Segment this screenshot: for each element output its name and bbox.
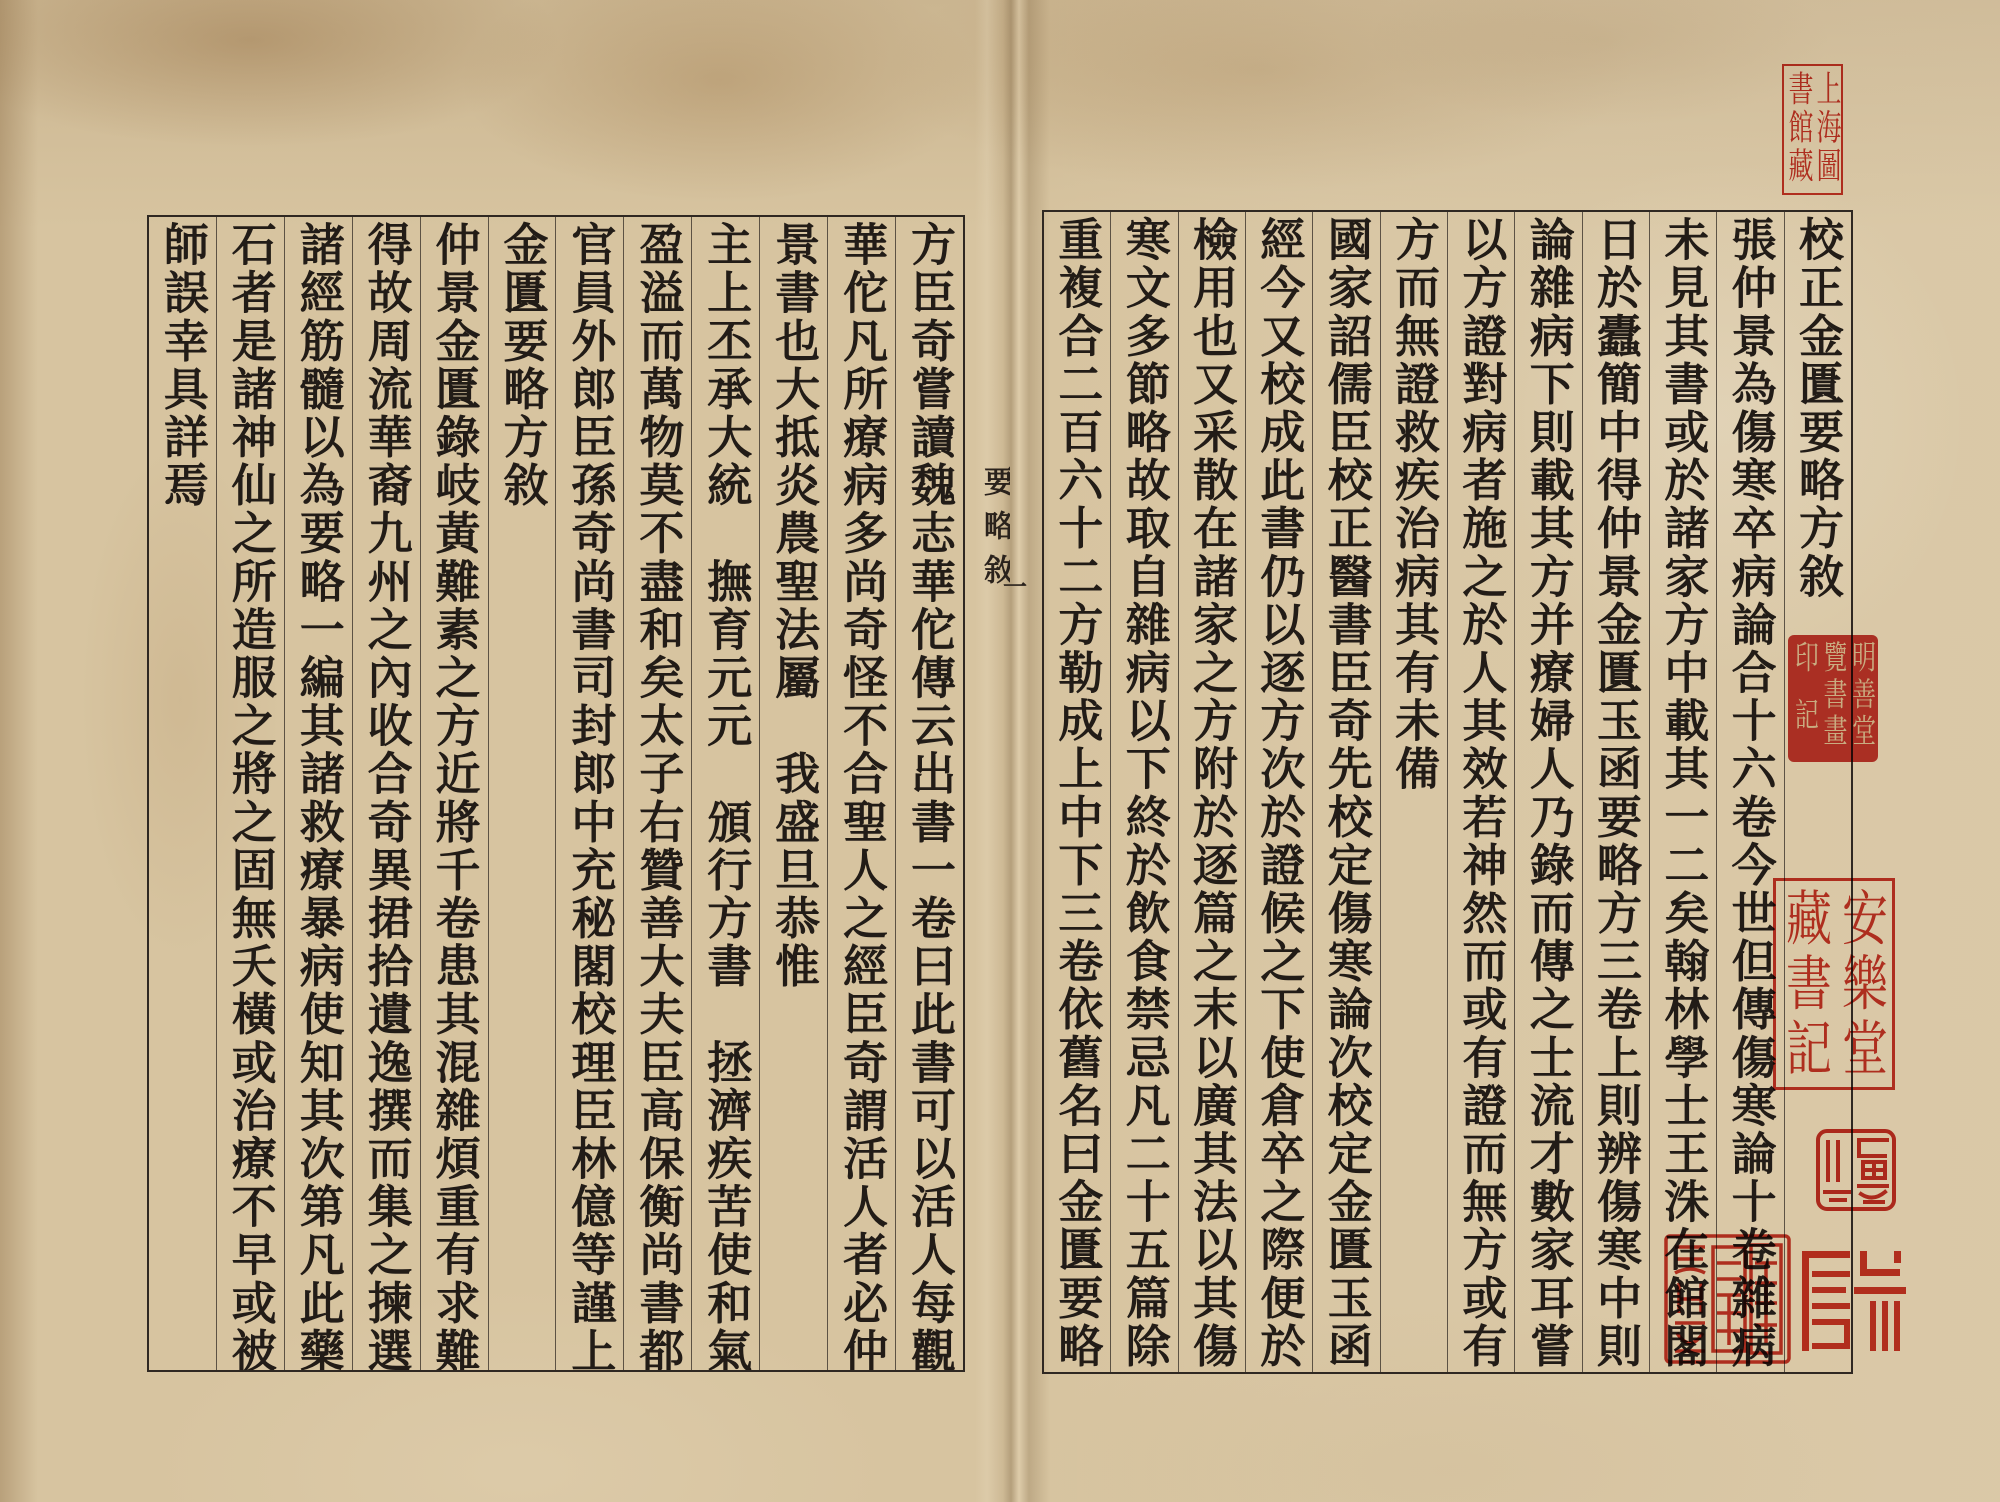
right-page-columns: 校正金匱要略方敘 張仲景為傷寒卒病論合十六卷今世但傳傷寒論十卷雜病 未見其書或於…: [1044, 212, 1851, 1372]
left-page-frame: 方臣奇嘗讀魏志華佗傳云出書一卷曰此書可以活人每觀 華佗凡所療病多尚奇怪不合聖人之…: [147, 215, 965, 1372]
right-page-column-5: 論雜病下則載其方并療婦人乃錄而傳之士流才數家耳嘗: [1514, 212, 1581, 1372]
left-page-column-9: 得故周流華裔九州之內收合奇異捃拾遺逸撰而集之揀選: [352, 217, 420, 1370]
right-page-column-9: 經今又校成此書仍以逐方次於證候之下使倉卒之際便於: [1245, 212, 1312, 1372]
seal-glyph-icon: [1798, 1245, 1908, 1357]
seal-text-column: 安樂堂: [1834, 887, 1890, 1139]
seal-text-column: 覽書畫: [1819, 640, 1847, 799]
bold-two-character-seal-icon: [1798, 1245, 1908, 1357]
left-page-subheading: 金匱要略方敘: [488, 217, 556, 1370]
left-page-column-11: 石者是諸神仙之所造服之將之固無夭橫或治療不早或被: [216, 217, 284, 1370]
right-page-column-10: 檢用也又采散在諸家之方附於逐篇之末以廣其法以其傷: [1178, 212, 1245, 1372]
small-square-seal-icon: [1815, 1128, 1897, 1212]
left-page-column-6: 官員外郎臣孫奇尚書司封郎中充秘閣校理臣林億等謹上: [555, 217, 623, 1370]
right-page-column-3: 未見其書或於諸家方中載其一二矣翰林學士王洙在館閣: [1649, 212, 1716, 1372]
left-page-column-1: 方臣奇嘗讀魏志華佗傳云出書一卷曰此書可以活人每觀: [895, 217, 963, 1370]
left-page-columns: 方臣奇嘗讀魏志華佗傳云出書一卷曰此書可以活人每觀 華佗凡所療病多尚奇怪不合聖人之…: [149, 217, 963, 1370]
seal-glyph-icon: [1815, 1128, 1897, 1212]
right-page-column-4: 日於蠹簡中得仲景金匱玉函要略方三卷上則辨傷寒中則: [1582, 212, 1649, 1372]
collector-seal-outline: 安樂堂 藏書記: [1773, 878, 1895, 1090]
seal-text-column: 書館藏: [1785, 70, 1813, 239]
right-page-frame: 校正金匱要略方敘 張仲景為傷寒卒病論合十六卷今世但傳傷寒論十卷雜病 未見其書或於…: [1042, 210, 1853, 1374]
book-spread-scan: 方臣奇嘗讀魏志華佗傳云出書一卷曰此書可以活人每觀 華佗凡所療病多尚奇怪不合聖人之…: [0, 0, 2000, 1502]
left-page-column-2: 華佗凡所療病多尚奇怪不合聖人之經臣奇謂活人者必仲: [827, 217, 895, 1370]
seal-text-column: 印記: [1790, 640, 1818, 799]
collector-seal-filled: 明善堂 覽書畫 印記: [1788, 635, 1878, 762]
left-page-column-3: 景書也大抵炎農聖法屬 我盛旦恭惟: [759, 217, 827, 1370]
right-page-column-2: 張仲景為傷寒卒病論合十六卷今世但傳傷寒論十卷雜病: [1716, 212, 1783, 1372]
seal-text-column: 明善堂: [1848, 640, 1876, 799]
left-page-column-5: 盈溢而萬物莫不盡和矣太子右贊善大夫臣高保衡尚書都: [623, 217, 691, 1370]
right-page-column-11: 寒文多節略故取自雜病以下終於飲食禁忌凡二十五篇除: [1110, 212, 1177, 1372]
left-page-column-4: 主上丕承大統 撫育元元 頒行方書 拯濟疾苦使和氣: [691, 217, 759, 1370]
left-page-column-12: 師誤幸具詳焉: [149, 217, 216, 1370]
seal-text-column: 藏書記: [1778, 887, 1834, 1139]
center-fold-crease: [975, 0, 1050, 1502]
right-page-column-7: 方而無證救疾治病其有未備: [1380, 212, 1447, 1372]
seal-text-column: 上海圖: [1813, 70, 1841, 239]
square-seal-over-text-icon: [1663, 1233, 1792, 1365]
page-number: 一: [1003, 572, 1027, 602]
right-page-column-12: 重複合二百六十二方勒成上中下三卷依舊名曰金匱要略: [1044, 212, 1110, 1372]
right-page-column-6: 以方證對病者施之於人其效若神然而或有證而無方或有: [1447, 212, 1514, 1372]
right-page-column-8: 國家詔儒臣校正醫書臣奇先校定傷寒論次校定金匱玉函: [1312, 212, 1379, 1372]
left-page-column-10: 諸經筋髓以為要略一編其諸救療暴病使知其次第凡此藥: [284, 217, 352, 1370]
seal-glyph-icon: [1663, 1233, 1792, 1365]
library-ownership-seal: 上海圖 書館藏: [1782, 64, 1843, 195]
left-page-column-8: 仲景金匱錄岐黃難素之方近將千卷患其混雜煩重有求難: [420, 217, 488, 1370]
